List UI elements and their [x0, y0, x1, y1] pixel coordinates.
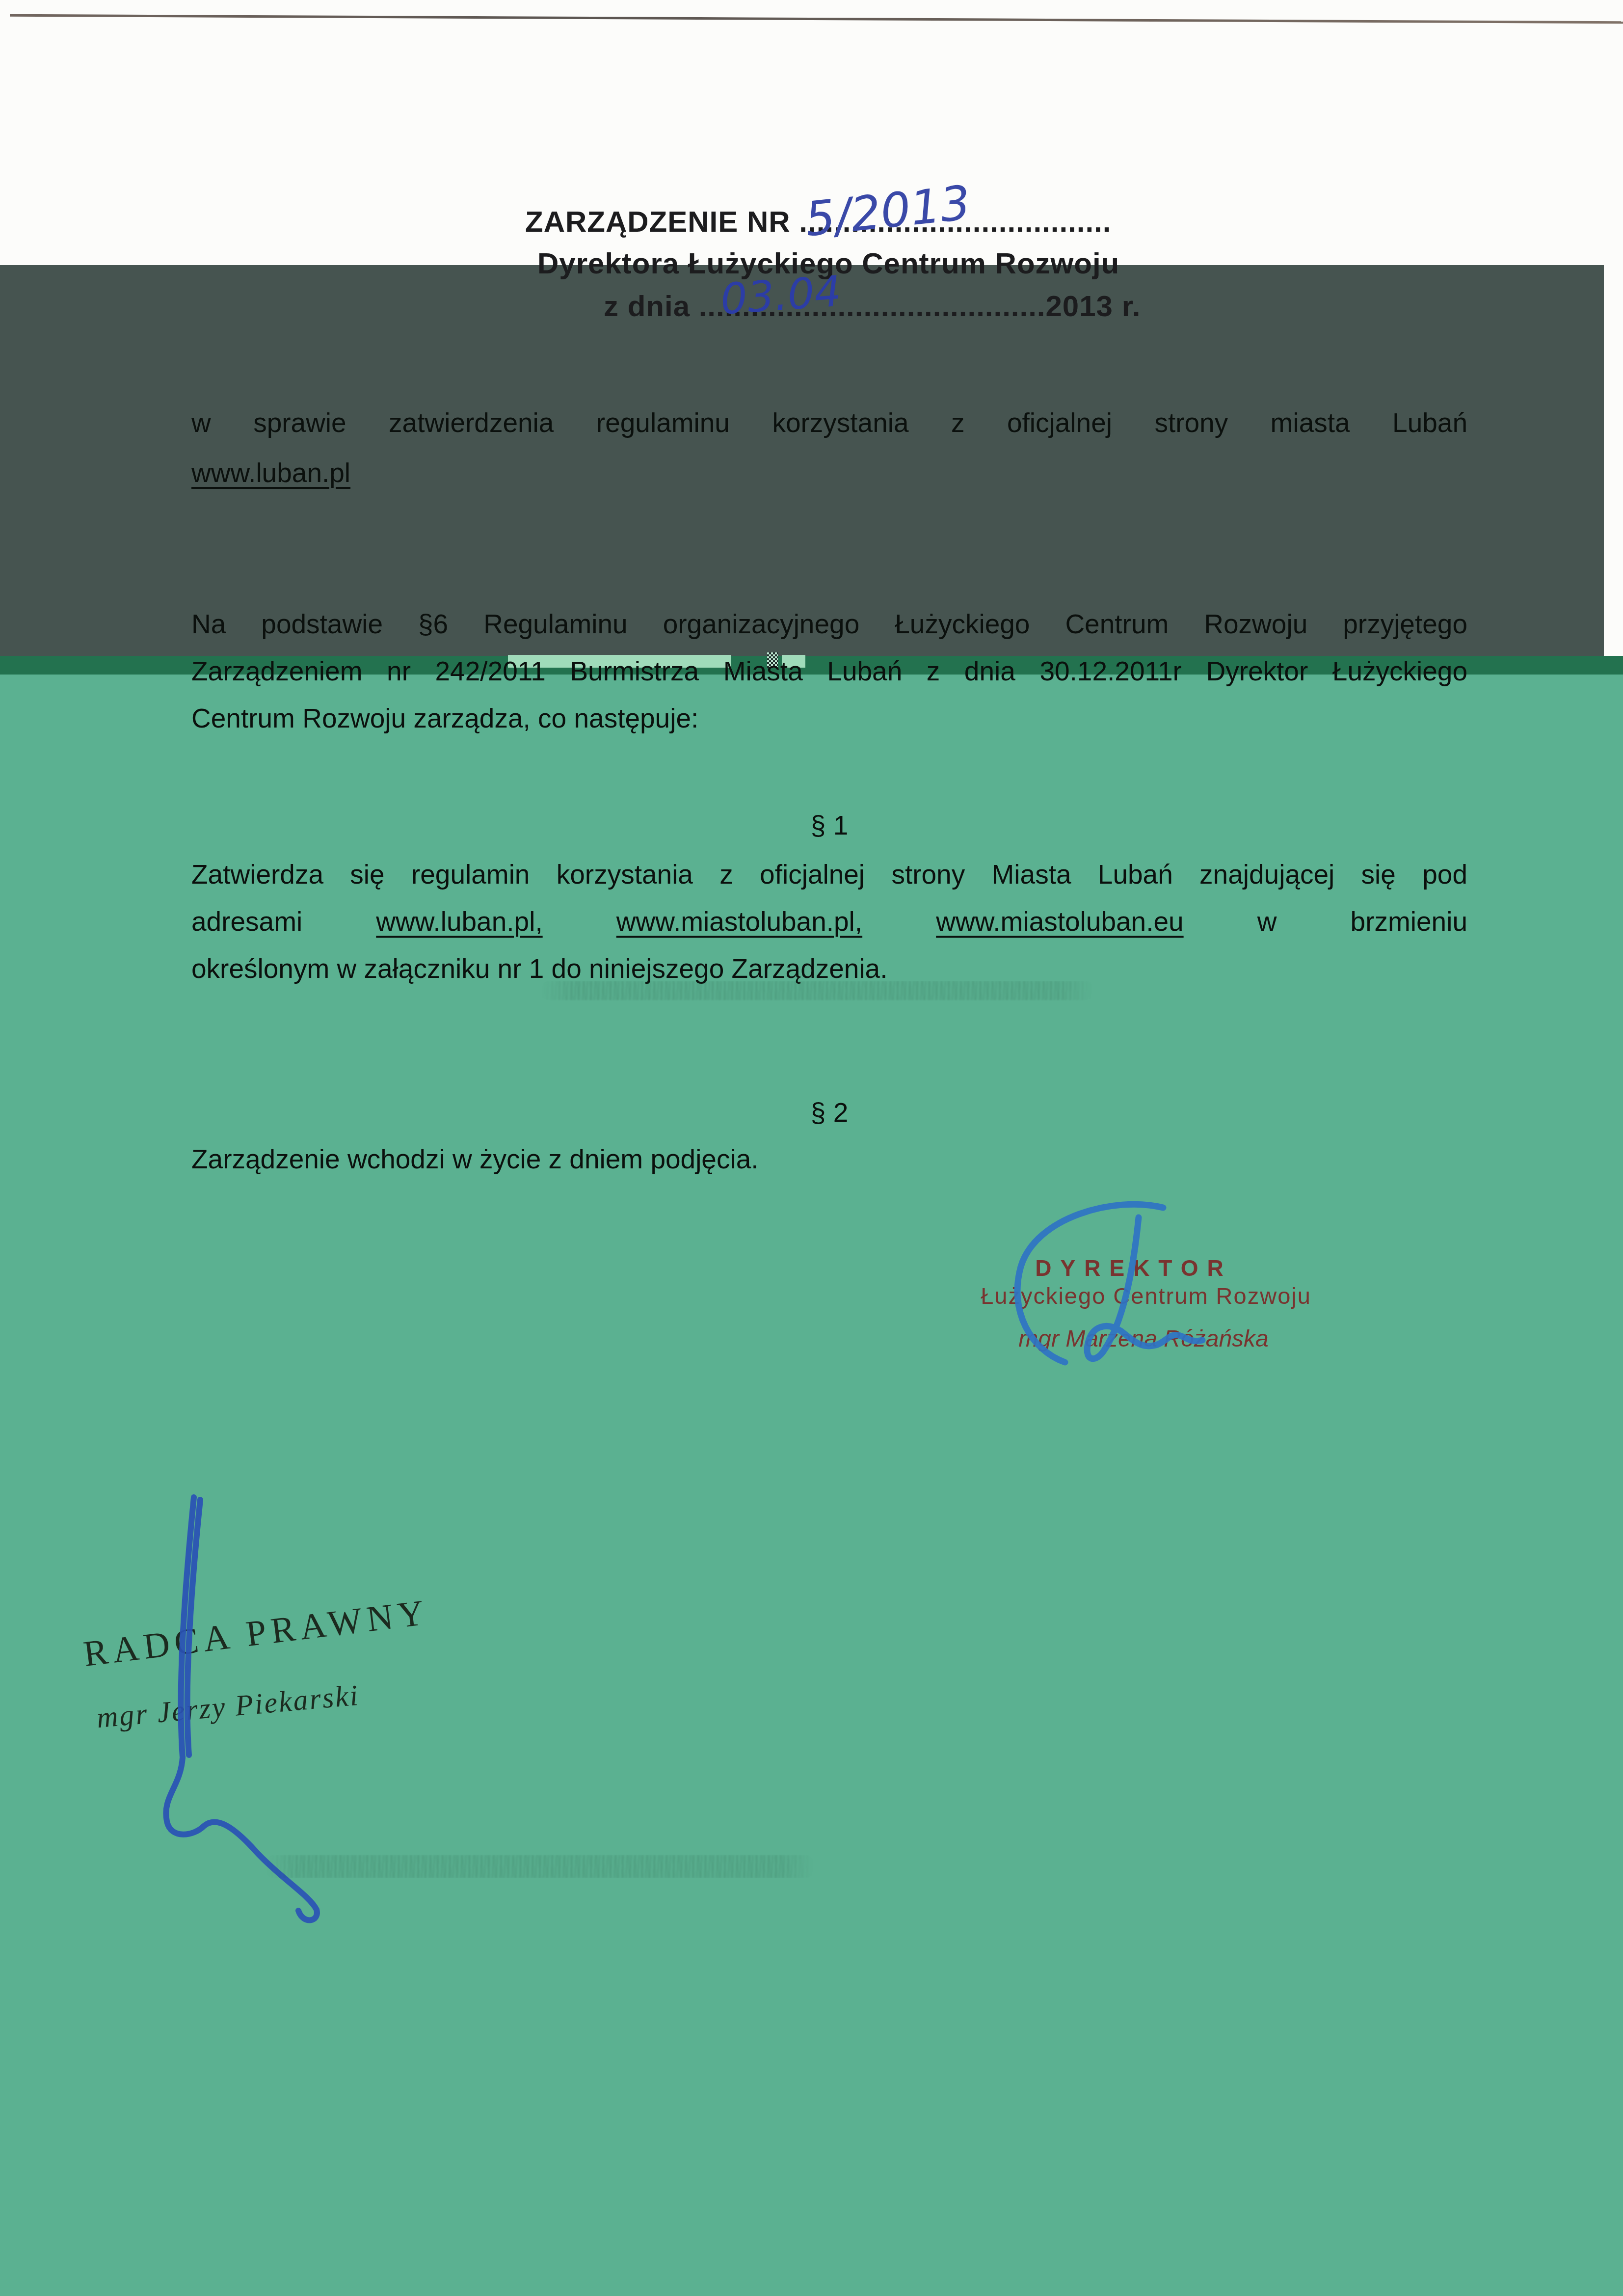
basis-line-2: Zarządzeniem nr 242/2011 Burmistrza Mias… [191, 656, 1467, 686]
scanned-document-page: ZARZĄDZENIE NR .........................… [0, 0, 1623, 2296]
date-year: 2013 r. [1045, 290, 1141, 323]
section-1-line-1: Zatwierdza się regulamin korzystania z o… [191, 859, 1467, 890]
basis-line-3: Centrum Rozwoju zarządza, co następuje: [191, 703, 1467, 733]
scanner-edge-line [10, 14, 1623, 24]
word-brzmieniu: brzmieniu [1351, 906, 1467, 937]
section-1-header: § 1 [191, 810, 1467, 840]
title-label: ZARZĄDZENIE NR [525, 205, 799, 238]
link-www-luban-pl: www.luban.pl [191, 458, 350, 488]
bleed-through-smudge [265, 1855, 815, 1878]
section-1-line-2: adresami www.luban.pl, www.miastoluban.p… [191, 906, 1467, 937]
director-signature-ink [991, 1193, 1237, 1389]
section-2-header: § 2 [191, 1097, 1467, 1128]
subject-line-1: w sprawie zatwierdzenia regulaminu korzy… [191, 407, 1467, 438]
handwritten-date: 03.04 [719, 267, 843, 324]
basis-line-1: Na podstawie §6 Regulaminu organizacyjne… [191, 609, 1467, 639]
subject-link-line: www.luban.pl [191, 458, 1467, 488]
link-www-luban-pl-2: www.luban.pl, [376, 906, 542, 937]
word-adresami: adresami [191, 906, 302, 937]
date-prefix: z dnia [604, 290, 699, 323]
title-line-3: z dnia .................................… [604, 291, 1141, 322]
link-www-miastoluban-eu: www.miastoluban.eu [936, 906, 1183, 937]
bleed-through-smudge [540, 981, 1094, 1000]
section-2-line-1: Zarządzenie wchodzi w życie z dniem podj… [191, 1144, 1467, 1174]
section-1-line-3: określonym w załączniku nr 1 do niniejsz… [191, 953, 1467, 984]
word-w: w [1257, 906, 1277, 937]
link-www-miastoluban-pl: www.miastoluban.pl, [616, 906, 862, 937]
